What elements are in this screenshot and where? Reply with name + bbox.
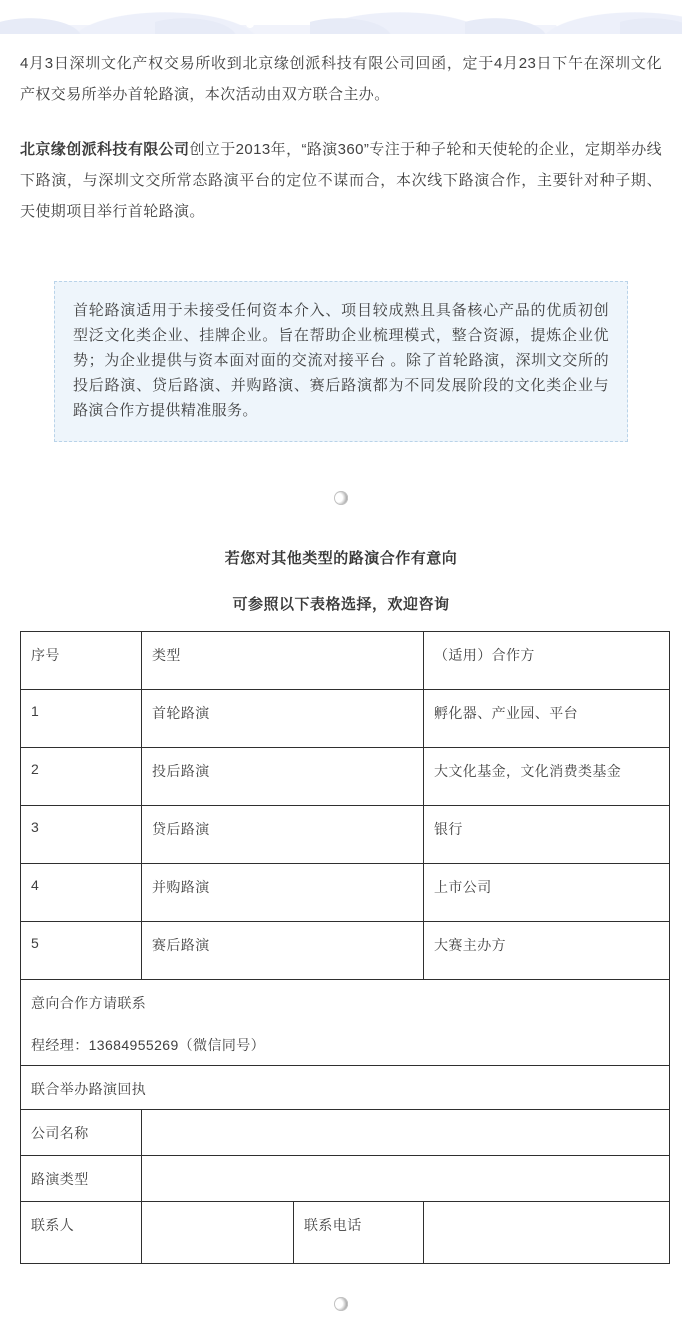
- moon-divider-icon: [334, 491, 348, 505]
- cell-partner: 上市公司: [424, 864, 670, 922]
- contact-title: 意向合作方请联系: [31, 993, 661, 1013]
- table-row: 3 贷后路演 银行: [21, 806, 670, 864]
- moon-divider-icon: [334, 1297, 348, 1311]
- cell-partner: 大赛主办方: [424, 922, 670, 980]
- section-divider: [20, 491, 662, 505]
- company-name-row: 公司名称: [21, 1110, 670, 1156]
- header-cell-type: 类型: [142, 632, 424, 690]
- company-name-blank-cell: [142, 1110, 670, 1156]
- contact-and-form-section: 意向合作方请联系 程经理：13684955269（微信同号） 联合举办路演回执 …: [21, 980, 670, 1264]
- cta-heading-line1: 若您对其他类型的路演合作有意向: [20, 547, 662, 568]
- roadshow-table-body: 序号 类型 （适用）合作方: [21, 632, 670, 690]
- roadshow-table: 序号 类型 （适用）合作方 1 首轮路演 孵化器、产业园、平台 2 投后路演: [20, 631, 670, 1264]
- intro-paragraph-text: 4月3日深圳文化产权交易所收到北京缘创派科技有限公司回函，定于4月23日下午在深…: [20, 55, 662, 103]
- footer-divider: [20, 1297, 662, 1311]
- roadshow-type-row: 路演类型: [21, 1156, 670, 1202]
- cell-partner: 孵化器、产业园、平台: [424, 690, 670, 748]
- table-row: 1 首轮路演 孵化器、产业园、平台: [21, 690, 670, 748]
- company-name-label: 公司名称: [21, 1110, 142, 1156]
- table-row: 5 赛后路演 大赛主办方: [21, 922, 670, 980]
- header-cell-partner: （适用）合作方: [424, 632, 670, 690]
- roadshow-type-label: 路演类型: [21, 1156, 142, 1202]
- cell-row-number: 2: [21, 748, 142, 806]
- roadshow-type-blank-cell: [142, 1156, 670, 1202]
- cell-row-number: 5: [21, 922, 142, 980]
- cell-roadshow-type: 赛后路演: [142, 922, 424, 980]
- table-header-row: 序号 类型 （适用）合作方: [21, 632, 670, 690]
- cell-partner: 银行: [424, 806, 670, 864]
- table-row: 2 投后路演 大文化基金，文化消费类基金: [21, 748, 670, 806]
- receipt-title-row: 联合举办路演回执: [21, 1066, 670, 1110]
- article-page: 4月3日深圳文化产权交易所收到北京缘创派科技有限公司回函，定于4月23日下午在深…: [0, 0, 682, 1332]
- highlight-note-box: 首轮路演适用于未接受任何资本介入、项目较成熟且具备核心产品的优质初创型泛文化类企…: [54, 281, 628, 442]
- contact-phone-blank-cell: [424, 1202, 670, 1264]
- company-name-bold: 北京缘创派科技有限公司: [20, 141, 189, 158]
- cell-roadshow-type: 并购路演: [142, 864, 424, 922]
- cell-row-number: 4: [21, 864, 142, 922]
- contact-person-row: 联系人 联系电话: [21, 1202, 670, 1264]
- cell-roadshow-type: 贷后路演: [142, 806, 424, 864]
- highlight-note-text: 首轮路演适用于未接受任何资本介入、项目较成熟且具备核心产品的优质初创型泛文化类企…: [73, 302, 609, 419]
- cloud-pattern-banner: [0, 10, 682, 34]
- header-cell-no: 序号: [21, 632, 142, 690]
- company-paragraph: 北京缘创派科技有限公司创立于2013年，“路演360”专注于种子轮和天使轮的企业…: [20, 134, 662, 227]
- contact-person-blank-cell: [142, 1202, 294, 1264]
- contact-info-row: 意向合作方请联系 程经理：13684955269（微信同号）: [21, 980, 670, 1066]
- contact-phone-label: 联系电话: [294, 1202, 424, 1264]
- roadshow-rows: 1 首轮路演 孵化器、产业园、平台 2 投后路演 大文化基金，文化消费类基金 3…: [21, 690, 670, 980]
- contact-person-label: 联系人: [21, 1202, 142, 1264]
- contact-phone: 程经理：13684955269（微信同号）: [31, 1035, 661, 1055]
- cell-partner: 大文化基金，文化消费类基金: [424, 748, 670, 806]
- cta-heading-line2: 可参照以下表格选择，欢迎咨询: [20, 593, 662, 614]
- intro-paragraph: 4月3日深圳文化产权交易所收到北京缘创派科技有限公司回函，定于4月23日下午在深…: [20, 48, 662, 110]
- cell-row-number: 3: [21, 806, 142, 864]
- table-row: 4 并购路演 上市公司: [21, 864, 670, 922]
- contact-info-cell: 意向合作方请联系 程经理：13684955269（微信同号）: [21, 980, 670, 1066]
- cell-row-number: 1: [21, 690, 142, 748]
- receipt-title-cell: 联合举办路演回执: [21, 1066, 670, 1110]
- article-body: 4月3日深圳文化产权交易所收到北京缘创派科技有限公司回函，定于4月23日下午在深…: [0, 48, 682, 1311]
- cell-roadshow-type: 首轮路演: [142, 690, 424, 748]
- cell-roadshow-type: 投后路演: [142, 748, 424, 806]
